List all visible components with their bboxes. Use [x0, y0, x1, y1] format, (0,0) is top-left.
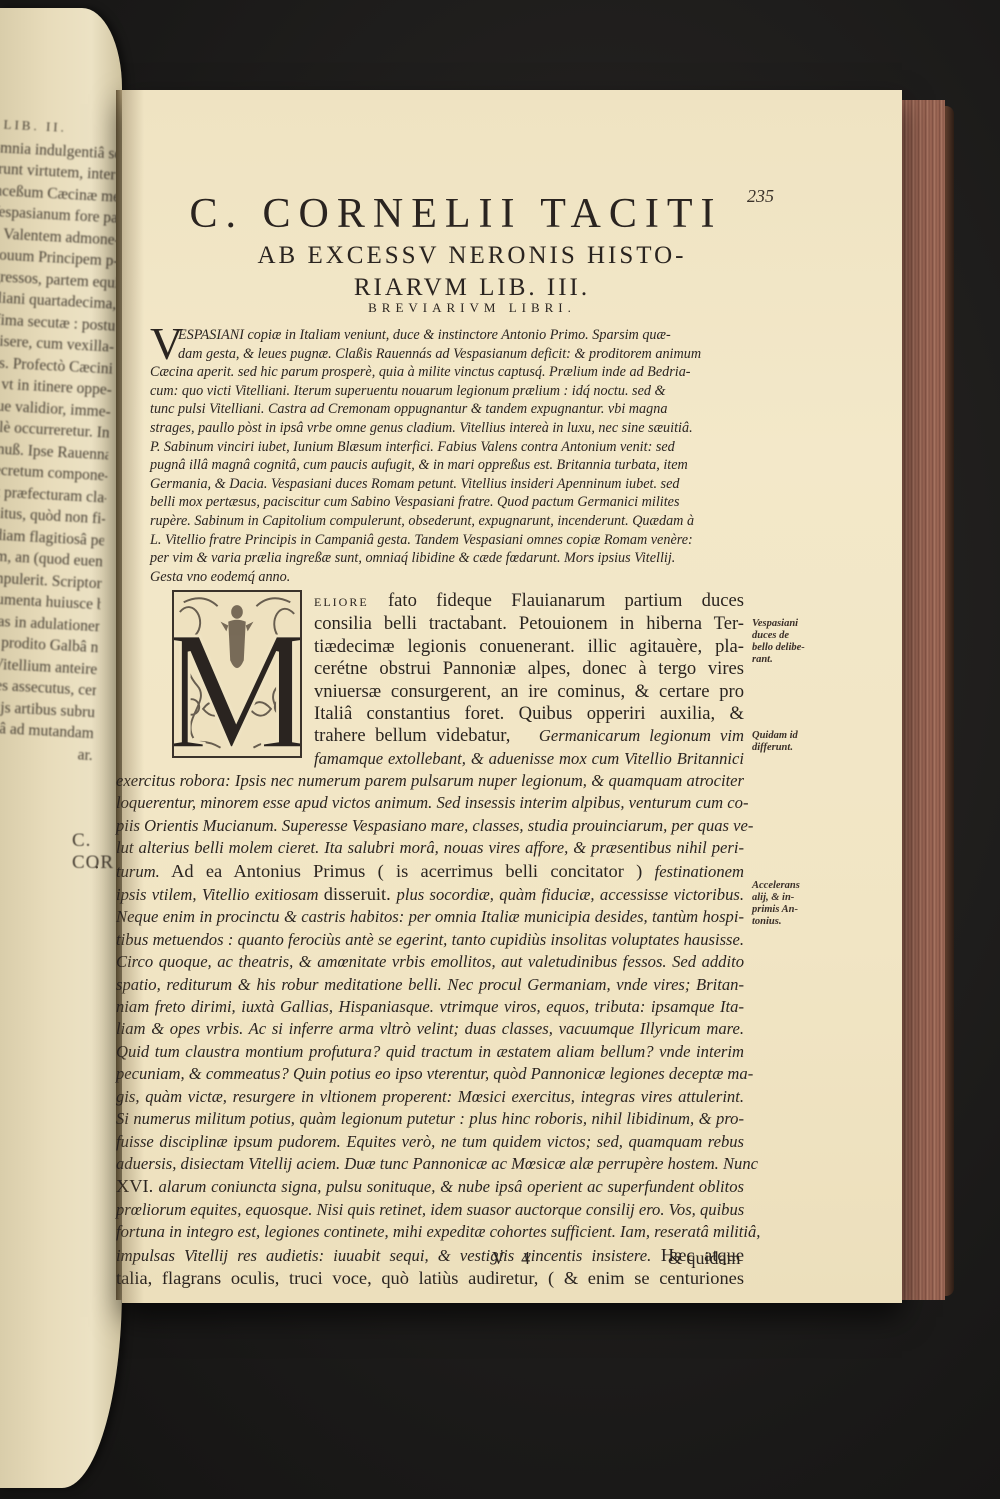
body-line: Si numerus militum potius, quàm legionum…	[116, 1108, 744, 1130]
verso-mark: •	[95, 863, 99, 874]
body-line: aduersis, disiectam Vitellij aciem. Duæ …	[116, 1153, 744, 1175]
text-segment: Circo quoque, ac theatris, & amœnitate v…	[116, 952, 744, 971]
text-segment: alarum coniuncta signa, pulsu sonituque,…	[158, 1177, 744, 1196]
text-segment: turum.	[116, 862, 160, 881]
opening-paragraph: ELIORE fato fideque Flauianarum partium …	[314, 590, 744, 770]
marginal-note: Quidam id differunt.	[752, 730, 812, 754]
text-segment: niam freto dirimi, iuxtà Gallias, Hispan…	[116, 997, 744, 1016]
summary-paragraph: ESPASIANI copiæ in Italiam veniunt, duce…	[150, 326, 762, 586]
body-line: fuisse disciplinæ ipsum pudorem. Equites…	[116, 1131, 744, 1153]
body-line: fortuna in integro est, legiones contine…	[116, 1221, 744, 1243]
summary-line: tunc pulsi Vitelliani. Castra ad Cremona…	[150, 400, 762, 419]
verso-text-block: LIB. II. omnia indulgentiâ solutierunt v…	[0, 113, 122, 766]
text-segment: piis Orientis Mucianum. Superesse Vespas…	[116, 816, 753, 835]
body-line: Neque enim in procinctu & castris habito…	[116, 906, 744, 928]
body-line: gis, quàm victæ, resurgere in vltionem p…	[116, 1086, 744, 1108]
page-fore-edge	[900, 100, 945, 1300]
summary-line: ESPASIANI copiæ in Italiam veniunt, duce…	[150, 326, 762, 345]
body-line: talia, flagrans oculis, truci voce, quò …	[116, 1267, 744, 1290]
body-line: Quid tum claustra montium profutura? qui…	[116, 1041, 744, 1063]
body-line: ELIORE fato fideque Flauianarum partium …	[314, 590, 744, 613]
main-text-block: exercitus robora: Ipsis nec numerum pare…	[116, 770, 744, 1290]
recto-page: 235 C. CORNELII TACITI AB EXCESSV NERONI…	[122, 90, 902, 1303]
body-line: ipsis vtilem, Vitellio exitiosam disseru…	[116, 883, 744, 906]
summary-line: Germania, & Dacia. Vespasiani duces Roma…	[150, 475, 762, 494]
text-segment: impulsas Vitellij res audietis: iuuabit …	[116, 1246, 651, 1265]
subtitle-line-1: AB EXCESSV NERONIS HISTO-	[182, 240, 762, 272]
summary-line: cum: quo victi Vitelliani. Iterum superu…	[150, 382, 762, 401]
summary-line: pugnâ illâ magnâ cognitâ, cum paucis auf…	[150, 456, 762, 475]
signature-mark: V 4	[492, 1248, 536, 1269]
body-line: impulsas Vitellij res audietis: iuuabit …	[116, 1244, 744, 1267]
text-segment: talia, flagrans oculis, truci voce, quò …	[116, 1268, 744, 1288]
body-line: spatio, rediturum & his robur meditation…	[116, 974, 744, 996]
body-line: cerétne obstrui Pannoniæ alpes, donec à …	[314, 658, 744, 680]
text-segment: spatio, rediturum & his robur meditation…	[116, 975, 744, 994]
summary-line: strages, paullo pòst in ipsâ vrbe omne g…	[150, 419, 762, 438]
text-segment: Neque enim in procinctu & castris habito…	[116, 907, 744, 926]
body-line: Italiâ constantius foret. Quibus opperir…	[314, 703, 744, 725]
body-line: famamque extollebant, & aduenisse mox cu…	[314, 748, 744, 770]
text-segment: Si numerus militum potius, quàm legionum…	[116, 1109, 744, 1128]
catchword: & quidam	[668, 1248, 741, 1269]
text-segment: prœliorum equites, equosque. Nisi quis r…	[116, 1200, 744, 1219]
summary-line: belli mox pertæsus, paciscitur cum Sabin…	[150, 493, 762, 512]
ornamental-initial-m-icon: M	[172, 590, 302, 758]
body-line: consilia belli tractabant. Petouionem in…	[314, 613, 744, 635]
text-segment: pecuniam, & commeatus? Quin potius eo ip…	[116, 1064, 753, 1083]
text-segment: exercitus robora: Ipsis nec numerum pare…	[116, 771, 744, 790]
text-segment: festinationem	[655, 862, 744, 881]
verso-page: LIB. II. omnia indulgentiâ solutierunt v…	[0, 8, 122, 1488]
text-segment: fortuna in integro est, legiones contine…	[116, 1222, 760, 1241]
text-segment: tibus metuendos : quanto ferociùs antè s…	[116, 930, 744, 949]
text-segment: lut alterius belli molem cieret. Ita sal…	[116, 838, 744, 857]
text-segment: XVI.	[116, 1176, 158, 1196]
page-title: C. CORNELII TACITI	[146, 190, 766, 238]
summary-line: rupère. Sabinum in Capitolium compulerun…	[150, 512, 762, 531]
text-segment: gis, quàm victæ, resurgere in vltionem p…	[116, 1087, 744, 1106]
text-segment: loquerentur, minorem esse apud victos an…	[116, 793, 748, 812]
summary-line: Cæcina aperit. sed hic parum prosperè, q…	[150, 363, 762, 382]
body-line: prœliorum equites, equosque. Nisi quis r…	[116, 1199, 744, 1221]
body-line: vniuersæ consurgerent, an ire cominus, &…	[314, 681, 744, 703]
text-segment: Ad ea Antonius Primus ( is acerrimus bel…	[160, 861, 655, 881]
text-segment: disseruit.	[324, 884, 397, 904]
body-line: pecuniam, & commeatus? Quin potius eo ip…	[116, 1063, 744, 1085]
body-line: liam & opes vrbis. Ac si inferre arma vl…	[116, 1018, 744, 1040]
body-line: trahere bellum videbatur, Germanicarum l…	[314, 725, 744, 747]
body-line: XVI. alarum coniuncta signa, pulsu sonit…	[116, 1175, 744, 1198]
text-segment: liam & opes vrbis. Ac si inferre arma vl…	[116, 1019, 744, 1038]
body-line: tiædecimæ legionis conuenerant. illic ag…	[314, 636, 744, 658]
body-line: exercitus robora: Ipsis nec numerum pare…	[116, 770, 744, 792]
text-segment: fuisse disciplinæ ipsum pudorem. Equites…	[116, 1132, 744, 1151]
body-line: loquerentur, minorem esse apud victos an…	[116, 792, 744, 814]
breviarium-heading: BREVIARIVM LIBRI.	[182, 300, 762, 316]
text-segment: Quid tum claustra montium profutura? qui…	[116, 1042, 744, 1061]
page-subtitle: AB EXCESSV NERONIS HISTO- RIARVM LIB. II…	[182, 240, 762, 304]
marginal-note: Accelerans alij, & in-primis An-tonius.	[752, 880, 812, 928]
text-segment: aduersis, disiectam Vitellij aciem. Duæ …	[116, 1154, 758, 1173]
marginal-note: Vespasiani duces de bello delibe-rant.	[752, 618, 812, 666]
body-line: turum. Ad ea Antonius Primus ( is acerri…	[116, 860, 744, 883]
svg-text:M: M	[174, 596, 300, 756]
body-line: piis Orientis Mucianum. Superesse Vespas…	[116, 815, 744, 837]
body-line: tibus metuendos : quanto ferociùs antè s…	[116, 929, 744, 951]
body-line: Circo quoque, ac theatris, & amœnitate v…	[116, 951, 744, 973]
body-line: lut alterius belli molem cieret. Ita sal…	[116, 837, 744, 859]
body-line: niam freto dirimi, iuxtà Gallias, Hispan…	[116, 996, 744, 1018]
summary-line: per vim & varia prælia ingreßæ sunt, omn…	[150, 549, 762, 568]
summary-line: Gesta vno eodemq́ anno.	[150, 568, 762, 587]
summary-line: P. Sabinum vinciri iubet, Iunium Blæsum …	[150, 438, 762, 457]
text-segment: ipsis vtilem, Vitellio exitiosam	[116, 885, 324, 904]
summary-line: L. Vitellio fratre Principis in Campaniâ…	[150, 531, 762, 550]
text-segment: plus socordiæ, quàm fiduciæ, accessisse …	[397, 885, 744, 904]
summary-line: dam gesta, & leues pugnæ. Claßis Rauenná…	[150, 345, 762, 364]
